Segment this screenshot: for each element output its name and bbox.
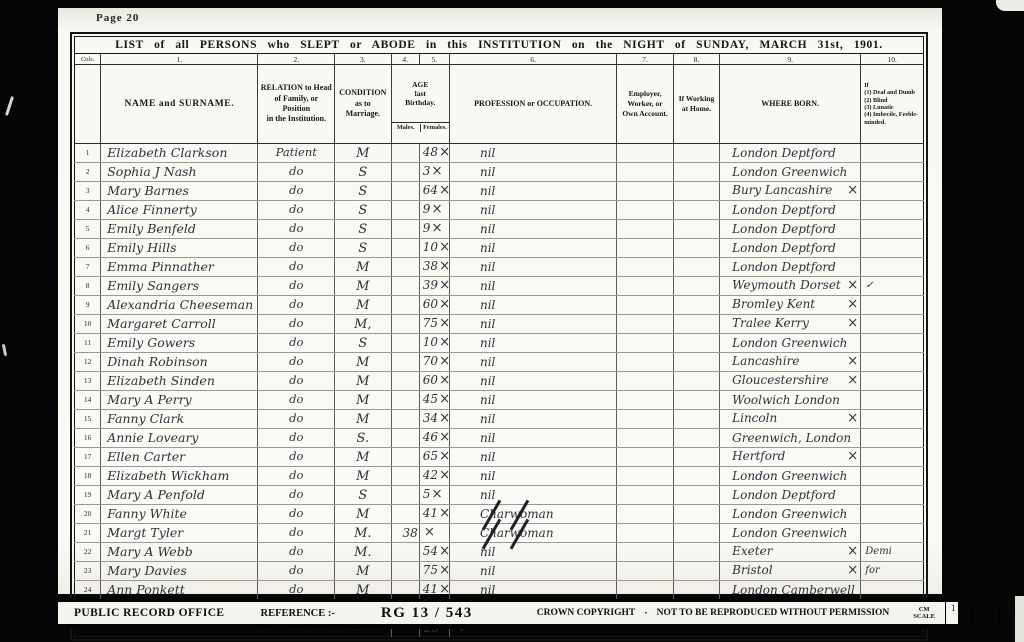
age-number: 39 [423,278,438,292]
born-text: Weymouth Dorset [732,278,841,292]
row-number: 19 [75,486,101,505]
occupation-text: Charwoman [480,508,554,520]
occupation-text: nil [480,203,495,217]
infirmity-value: ✓ [861,277,924,296]
col-number-7: 7. [617,54,673,65]
where-born-value: London Deptford [720,239,861,258]
employer-value [617,353,673,372]
row-number: 13 [75,372,101,391]
occupation-text: nil [480,355,495,369]
record-office-label: PUBLIC RECORD OFFICE [74,607,224,619]
occupation-value: nil [449,448,616,467]
row-number: 5 [75,220,101,239]
condition-value: M. [335,543,391,562]
age-males-value [391,315,419,334]
infirmity-value [861,505,924,524]
born-text: London Deptford [732,222,836,236]
condition-value: M [335,391,391,410]
employer-value [617,315,673,334]
where-born-value: London Deptford [720,144,861,163]
occupation-value: nil [449,429,616,448]
table-row: 14Mary A PerrydoM45×nilWoolwich London [75,391,924,410]
name-value: Fanny Clark [101,410,258,429]
occupation-value: nil [449,258,616,277]
working-home-value [673,353,719,372]
age-number: 9 [423,202,431,216]
cm-scale-label: CM SCALE [913,606,935,621]
column-numbers-row: Cols. 1. 2. 3. 4. 5. 6. 7. 8. 9. 10. [75,54,924,65]
born-text: Tralee Kerry [732,316,809,330]
row-number: 9 [75,296,101,315]
name-value: Ellen Carter [101,448,258,467]
working-home-value [673,391,719,410]
occupation-value: nil [449,163,616,182]
age-males-value [391,163,419,182]
header-employer: Employer, Worker, or Own Account. [617,65,673,144]
age-males-value [391,562,419,581]
row-number: 1 [75,144,101,163]
name-value: Mary Barnes [101,182,258,201]
age-tick-mark: × [439,239,450,255]
where-born-value: Greenwich, London [720,429,861,448]
born-text: London Greenwich [732,526,847,540]
born-text: Lincoln [732,411,777,425]
age-tick-mark: × [439,448,450,464]
row-number: 22 [75,543,101,562]
header-age-split: Males. Females. [392,122,449,133]
condition-value: S [335,163,391,182]
pro-footer-bar: PUBLIC RECORD OFFICE REFERENCE :- RG 13 … [58,599,958,629]
column-headers-row: NAME and SURNAME. RELATION to Head of Fa… [75,65,924,144]
age-tick-mark: × [439,543,450,559]
table-title-row: LIST of all PERSONS who SLEPT or ABODE i… [75,37,924,54]
relation-value: do [258,429,335,448]
table-row: 24Ann PonkettdoM41×nilLondon Camberwell [75,581,924,600]
age-tick-mark: × [431,201,442,217]
row-number: 11 [75,334,101,353]
occupation-text: nil [480,298,495,312]
infirmity-value [861,353,924,372]
relation-value: do [258,372,335,391]
infirmity-value [861,182,924,201]
where-born-value: ×Tralee Kerry [720,315,861,334]
header-age-females: Females. [421,124,449,132]
infirmity-value [861,410,924,429]
born-text: London Camberwell [732,583,855,597]
working-home-value [673,182,719,201]
header-age-males: Males. [392,124,421,132]
relation-value: do [258,391,335,410]
col-number-10: 10. [861,54,924,65]
table-row: 9Alexandria CheesemandoM60×nil×Bromley K… [75,296,924,315]
age-tick-mark: × [439,277,450,293]
employer-value [617,239,673,258]
col-number-1: 1. [101,54,258,65]
working-home-value [673,467,719,486]
born-tick-mark: × [847,545,858,559]
where-born-value: London Deptford [720,258,861,277]
age-males-value [391,467,419,486]
where-born-value: London Greenwich [720,467,861,486]
relation-value: do [258,353,335,372]
working-home-value [673,448,719,467]
employer-value [617,334,673,353]
infirmity-value [861,524,924,543]
census-table: LIST of all PERSONS who SLEPT or ABODE i… [74,36,924,637]
condition-value: M [335,467,391,486]
row-number: 15 [75,410,101,429]
age-females-value: 64× [419,182,449,201]
age-number: 65 [423,449,438,463]
infirmity-value: for [861,562,924,581]
relation-value: do [258,182,335,201]
age-females-value: 75× [419,315,449,334]
born-text: London Deptford [732,203,836,217]
row-number: 16 [75,429,101,448]
header-infirmity: If (1) Deaf and Dumb (2) Blind (3) Lunat… [861,65,924,144]
working-home-value [673,524,719,543]
table-row: 5Emily BenfelddoS9×nilLondon Deptford [75,220,924,239]
employer-value [617,258,673,277]
name-value: Ann Ponkett [101,581,258,600]
infirmity-value [861,391,924,410]
age-males-value [391,353,419,372]
infirmity-value [861,296,924,315]
employer-value [617,391,673,410]
where-born-value: Woolwich London [720,391,861,410]
relation-value: do [258,562,335,581]
age-males-value [391,410,419,429]
table-title: LIST of all PERSONS who SLEPT or ABODE i… [75,37,924,54]
age-females-value: 41× [419,581,449,600]
infirmity-value [861,258,924,277]
age-females-value: 10× [419,239,449,258]
condition-value: S [335,201,391,220]
table-row: 16Annie LovearydoS.46×nilGreenwich, Lond… [75,429,924,448]
age-females-value: 75× [419,562,449,581]
age-number: 75 [423,563,438,577]
scan-artifact-corner [996,0,1024,11]
occupation-value: nil [449,144,616,163]
age-tick-mark: × [439,391,450,407]
table-row: 1Elizabeth ClarksonPatientM48×nilLondon … [75,144,924,163]
occupation-text: nil [480,317,495,331]
row-number: 24 [75,581,101,600]
relation-value: do [258,410,335,429]
working-home-value [673,201,719,220]
age-males-value [391,372,419,391]
reference-label: REFERENCE :- [260,608,334,619]
age-number: 10 [423,335,438,349]
born-text: London Greenwich [732,336,847,350]
age-females-value: 3× [419,163,449,182]
infirmity-value [861,239,924,258]
born-tick-mark: × [847,298,858,312]
condition-value: S [335,182,391,201]
infirmity-value [861,429,924,448]
infirmity-value: Demi [861,543,924,562]
age-females-value: 65× [419,448,449,467]
name-value: Fanny White [101,505,258,524]
age-number: 46 [423,430,438,444]
row-number: 6 [75,239,101,258]
table-row: 6Emily HillsdoS10×nilLondon Deptford [75,239,924,258]
occupation-value: nil [449,220,616,239]
col-number-3: 3. [335,54,391,65]
age-number: 64 [423,183,438,197]
age-number: 10 [423,240,438,254]
employer-value [617,201,673,220]
condition-value: M [335,372,391,391]
table-row: 4Alice FinnertydoS9×nilLondon Deptford [75,201,924,220]
working-home-value [673,315,719,334]
age-males-value [391,182,419,201]
row-number: 17 [75,448,101,467]
age-males-value [391,486,419,505]
age-males-value [391,144,419,163]
scan-artifact-sliver [1015,596,1024,642]
reproduction-notice: NOT TO BE REPRODUCED WITHOUT PERMISSION [657,608,890,618]
occupation-text: nil [480,488,495,502]
age-females-value: 9× [419,220,449,239]
employer-value [617,163,673,182]
condition-value: S [335,334,391,353]
where-born-value: ×Weymouth Dorset [720,277,861,296]
table-row: 17Ellen CarterdoM65×nil×Hertford [75,448,924,467]
name-value: Margt Tyler [101,524,258,543]
condition-value: M [335,505,391,524]
age-females-value: 60× [419,296,449,315]
relation-value: do [258,486,335,505]
table-row: 11Emily GowersdoS10×nilLondon Greenwich [75,334,924,353]
age-tick-mark: × [439,144,450,160]
born-tick-mark: × [847,374,858,388]
condition-value: S. [335,429,391,448]
age-females-value: 41× [419,505,449,524]
table-row: 18Elizabeth WickhamdoM42×nilLondon Green… [75,467,924,486]
born-tick-mark: × [847,355,858,369]
name-value: Annie Loveary [101,429,258,448]
infirmity-value [861,486,924,505]
working-home-value [673,429,719,448]
age-males-value [391,277,419,296]
where-born-value: ×Bury Lancashire [720,182,861,201]
row-number: 8 [75,277,101,296]
born-tick-mark: × [847,317,858,331]
born-text: London Deptford [732,146,836,160]
born-text: Exeter [732,544,772,558]
ruler-mark: 2 [972,602,999,624]
relation-value: do [258,239,335,258]
footer-separator: · [644,608,647,619]
age-tick-mark: × [439,182,450,198]
name-value: Alice Finnerty [101,201,258,220]
occupation-value: nil [449,391,616,410]
condition-value: M. [335,524,391,543]
infirmity-value [861,334,924,353]
working-home-value [673,543,719,562]
row-number: 12 [75,353,101,372]
cm-ruler: 123456 [945,602,1024,624]
condition-value: M [335,296,391,315]
ruler-mark: 1 [945,602,972,624]
row-number: 7 [75,258,101,277]
born-text: Bristol [732,563,772,577]
age-males-value: 38 [391,524,419,543]
occupation-value: nil [449,353,616,372]
row-number: 23 [75,562,101,581]
born-text: London Greenwich [732,469,847,483]
occupation-text: nil [480,184,495,198]
age-tick-mark: × [439,505,450,521]
occupation-text: nil [480,222,495,236]
occupation-value: nil [449,201,616,220]
occupation-value: nil [449,410,616,429]
relation-value: do [258,524,335,543]
age-number: 38 [423,259,438,273]
relation-value: do [258,296,335,315]
born-tick-mark: × [847,450,858,464]
occupation-value: nil [449,182,616,201]
age-females-value: 48× [419,144,449,163]
occupation-text: nil [480,450,495,464]
name-value: Elizabeth Clarkson [101,144,258,163]
col-number-5: 5. [419,54,449,65]
occupation-text: nil [480,336,495,350]
age-males-value [391,505,419,524]
working-home-value [673,220,719,239]
where-born-value: ×Lincoln [720,410,861,429]
condition-value: S [335,239,391,258]
employer-value [617,429,673,448]
age-tick-mark: × [439,429,450,445]
occupation-value: nil [449,467,616,486]
occupation-text: nil [480,469,495,483]
page-number-label: Page 20 [96,12,139,24]
where-born-value: ×Bristol [720,562,861,581]
age-number: 60 [423,297,438,311]
name-value: Elizabeth Sinden [101,372,258,391]
occupation-text: nil [480,260,495,274]
name-value: Emily Sangers [101,277,258,296]
table-row: 12Dinah RobinsondoM70×nil×Lancashire [75,353,924,372]
age-females-value: 38× [419,258,449,277]
born-tick-mark: × [847,184,858,198]
where-born-value: ×Gloucestershire [720,372,861,391]
occupation-text: nil [480,431,495,445]
name-value: Mary A Penfold [101,486,258,505]
condition-value: M [335,258,391,277]
name-value: Sophia J Nash [101,163,258,182]
age-number: 3 [423,164,431,178]
working-home-value [673,410,719,429]
occupation-value: nil [449,334,616,353]
age-number: 48 [423,145,438,159]
census-rows: 1Elizabeth ClarksonPatientM48×nilLondon … [75,144,924,619]
relation-value: do [258,543,335,562]
relation-value: do [258,467,335,486]
where-born-value: ×Exeter [720,543,861,562]
col-number-4: 4. [391,54,419,65]
working-home-value [673,144,719,163]
row-number: 14 [75,391,101,410]
col-number-2: 2. [258,54,335,65]
occupation-text: nil [480,393,495,407]
condition-value: M [335,562,391,581]
age-females-value: 9× [419,201,449,220]
age-tick-mark: × [439,581,450,597]
age-males-value [391,239,419,258]
working-home-value [673,505,719,524]
born-text: Woolwich London [732,393,840,407]
age-males-value [391,220,419,239]
age-females-value: 39× [419,277,449,296]
infirmity-value [861,163,924,182]
age-tick-mark: × [439,562,450,578]
name-value: Emily Gowers [101,334,258,353]
age-males-value [391,201,419,220]
occupation-value: nil [449,277,616,296]
table-row: 3Mary BarnesdoS64×nil×Bury Lancashire [75,182,924,201]
where-born-value: ×Lancashire [720,353,861,372]
row-number: 2 [75,163,101,182]
age-number: 60 [423,373,438,387]
age-tick-mark: × [439,467,450,483]
working-home-value [673,562,719,581]
name-value: Dinah Robinson [101,353,258,372]
relation-value: do [258,258,335,277]
working-home-value [673,239,719,258]
where-born-value: London Greenwich [720,524,861,543]
occupation-value: nil [449,581,616,600]
table-row: 8Emily SangersdoM39×nil×Weymouth Dorset✓ [75,277,924,296]
age-females-value: 34× [419,410,449,429]
age-females-value: × [419,524,449,543]
employer-value [617,524,673,543]
occupation-text: nil [480,412,495,426]
table-row: 22Mary A WebbdoM.54×nil×ExeterDemi [75,543,924,562]
age-number: 5 [423,487,431,501]
condition-value: M [335,353,391,372]
born-tick-mark: × [847,564,858,578]
occupation-value: nil [449,315,616,334]
working-home-value [673,163,719,182]
age-tick-mark: × [439,258,450,274]
relation-value: do [258,315,335,334]
employer-value [617,562,673,581]
age-females-value: 45× [419,391,449,410]
age-number: 9 [423,221,431,235]
age-number: 54 [423,544,438,558]
age-tick-mark: × [439,334,450,350]
census-table-frame: LIST of all PERSONS who SLEPT or ABODE i… [70,32,928,641]
born-text: London Deptford [732,260,836,274]
infirmity-value [861,467,924,486]
condition-value: M [335,277,391,296]
where-born-value: London Camberwell [720,581,861,600]
relation-value: do [258,163,335,182]
infirmity-value [861,144,924,163]
occupation-text: nil [480,374,495,388]
table-row: 7Emma PinnatherdoM38×nilLondon Deptford [75,258,924,277]
age-tick-mark: × [439,353,450,369]
occupation-value: nil [449,562,616,581]
age-females-value: 5× [419,486,449,505]
occupation-text: nil [480,564,495,578]
where-born-value: ×Hertford [720,448,861,467]
crown-copyright-label: CROWN COPYRIGHT [537,608,635,618]
occupation-text: nil [480,279,495,293]
